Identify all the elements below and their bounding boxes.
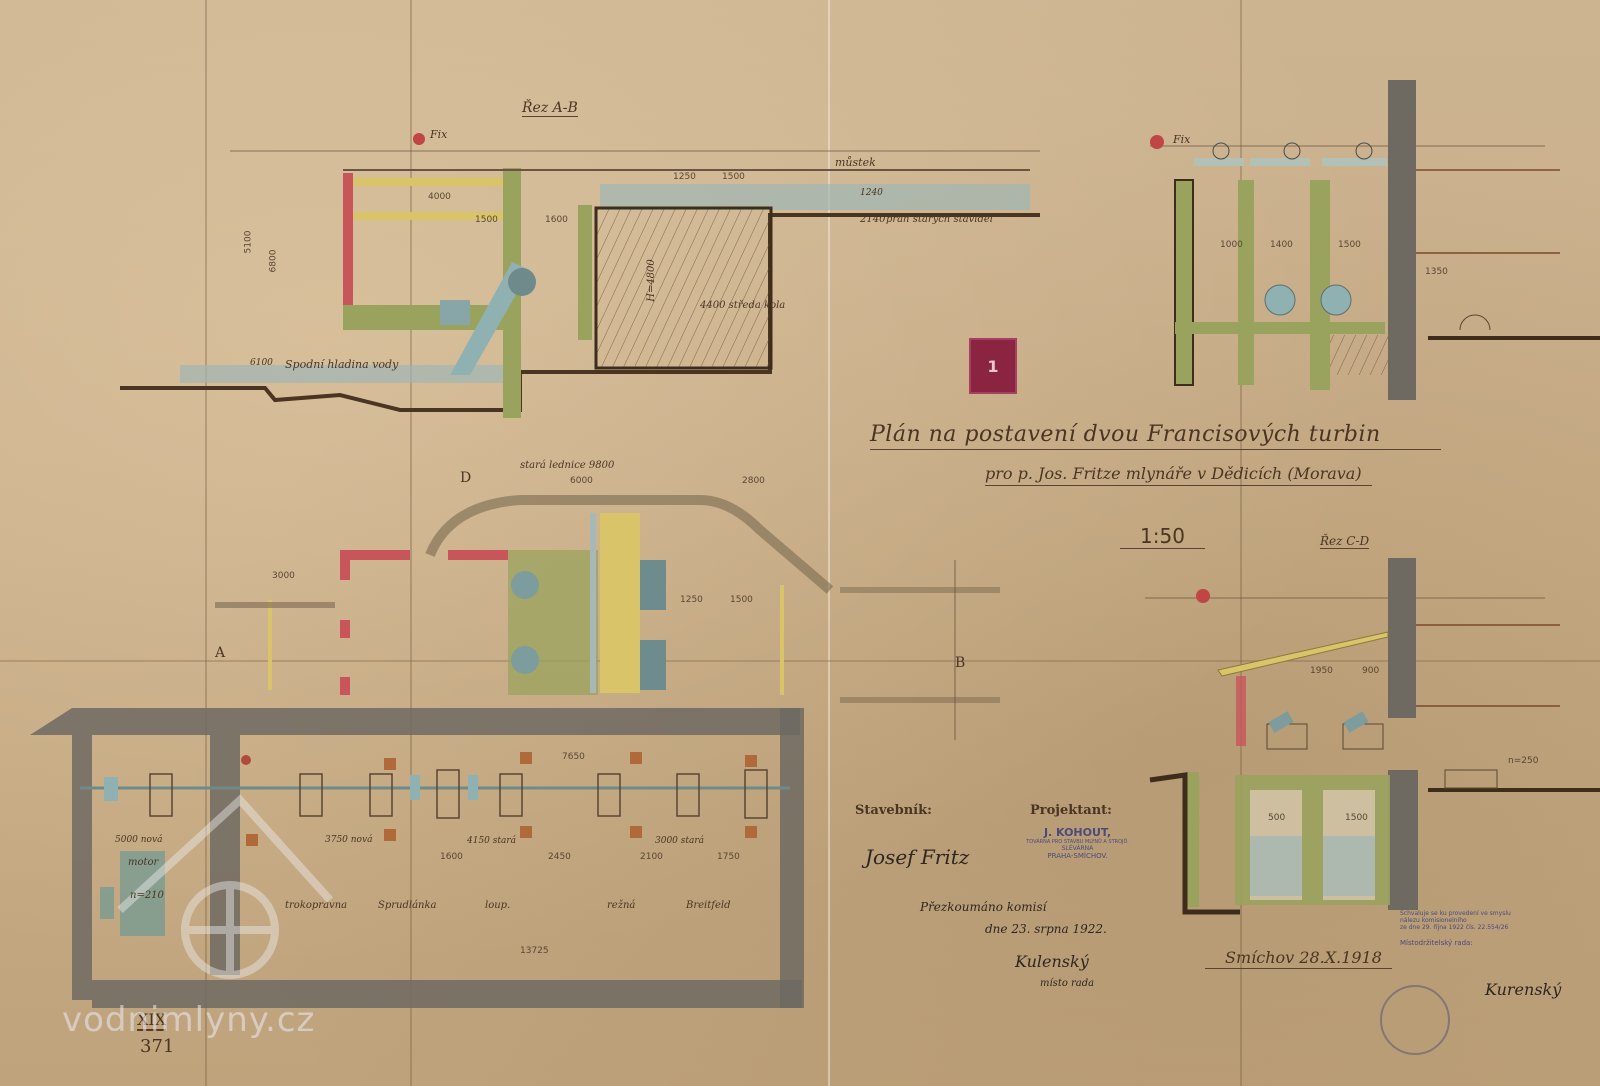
sill-label: práh starých stavidel	[886, 214, 993, 225]
commission-date: dne 23. srpna 1922.	[985, 922, 1107, 936]
shaft-note: 5000 nová	[115, 835, 162, 845]
dimension: 2100	[640, 852, 663, 862]
marker-d: D	[460, 470, 471, 486]
section-cd-label: Řez C-D	[1320, 534, 1369, 549]
gate-fix-label: Fix	[1173, 133, 1190, 146]
lower-water-label: Spodní hladina vody	[285, 358, 398, 371]
revenue-stamp: 1	[969, 338, 1017, 394]
dimension: 2450	[548, 852, 571, 862]
commission-note: Přezkoumáno komisí	[920, 900, 1046, 914]
official-seal	[1380, 985, 1450, 1055]
room-label: Sprudlánka	[378, 900, 437, 911]
dimension: 6000	[570, 476, 593, 486]
commission-role: místo rada	[1040, 978, 1094, 989]
motor-label: motor	[128, 857, 158, 868]
dimension: 1500	[1345, 813, 1368, 823]
bridge-label: můstek	[835, 156, 876, 169]
dimension: 7650	[562, 752, 585, 762]
stamp-company: J. KOHOUT,	[1010, 826, 1145, 839]
approval-signature: Kurenský	[1485, 980, 1561, 999]
approval-line: ze dne 29. října 1922 čís. 22.554/26	[1400, 924, 1575, 931]
level-2140: 2140	[860, 214, 885, 225]
dimension: 500	[1268, 813, 1285, 823]
section-ab-label: Řez A-B	[522, 100, 578, 117]
wheel-center-label: 4400 středa kola	[700, 300, 785, 311]
dimension: 1350	[1425, 267, 1448, 277]
drawing-subtitle: pro p. Jos. Fritze mlynáře v Dědicích (M…	[985, 464, 1372, 486]
room-label: loup.	[485, 900, 510, 911]
watermark-text: vodnimlyny.cz	[62, 1000, 315, 1040]
dimension: 4000	[428, 192, 451, 202]
gate-section-drawing	[1150, 80, 1600, 400]
room-label: trokopravna	[285, 900, 347, 911]
plan-view-drawing	[215, 500, 1000, 740]
dimension: 3000	[272, 571, 295, 581]
approval-line: nálezu komisionelního	[1400, 917, 1575, 924]
section-ab-drawing	[120, 133, 1040, 418]
dimension: 1500	[1338, 240, 1361, 250]
dimension: 1000	[1220, 240, 1243, 250]
dimension: 1250	[680, 595, 703, 605]
level-6100: 6100	[250, 358, 273, 368]
drawing-title: Plán na postavení dvou Francisových turb…	[870, 422, 1441, 450]
dimension: 1950	[1310, 666, 1333, 676]
room-label: Breitfeld	[686, 900, 730, 911]
marker-b: B	[955, 655, 965, 671]
stamp-line: PRAHA-SMÍCHOV.	[1010, 852, 1145, 860]
dimension: 5100	[243, 231, 253, 254]
shaft-note: 3750 nová	[325, 835, 372, 845]
fix-label: Fix	[430, 128, 447, 141]
old-wheel-label: stará lednice 9800	[520, 460, 614, 471]
dimension: 1400	[1270, 240, 1293, 250]
builder-label: Stavebník:	[855, 803, 932, 818]
blueprint-sheet: 1 Řez A-B Fix Spodní hladina vody 6100 m…	[0, 0, 1600, 1086]
dimension: 1500	[722, 172, 745, 182]
total-length-dimension: 13725	[520, 946, 549, 956]
dimension: 2800	[742, 476, 765, 486]
approval-office: Místodržitelský rada:	[1400, 939, 1575, 947]
dimension: 1600	[545, 215, 568, 225]
approval-stamp: Schvaluje se ku provedení ve smyslu nále…	[1400, 910, 1575, 947]
dimension: 900	[1362, 666, 1379, 676]
approval-line: Schvaluje se ku provedení ve smyslu	[1400, 910, 1575, 917]
shaft-note: 3000 stará	[655, 836, 704, 846]
commission-signature: Kulenský	[1015, 952, 1089, 971]
dimension: 1500	[730, 595, 753, 605]
dimension: 1750	[717, 852, 740, 862]
drawing-scale: 1:50	[1120, 524, 1205, 549]
head-label: H=4800	[646, 259, 657, 302]
dimension: 1250	[673, 172, 696, 182]
marker-a: A	[215, 645, 225, 661]
dimension: 6800	[268, 250, 278, 273]
place-date: Smíchov 28.X.1918	[1205, 948, 1392, 969]
designer-stamp: J. KOHOUT, TOVÁRNA PRO STAVBU MLÝNŮ A ST…	[1010, 826, 1145, 860]
motor-speed: n=210	[130, 890, 164, 901]
builder-signature: Josef Fritz	[865, 845, 969, 869]
dimension: 1500	[475, 215, 498, 225]
dimension: 1600	[440, 852, 463, 862]
room-label: režná	[607, 900, 635, 911]
designer-label: Projektant:	[1030, 803, 1112, 818]
dimension: n=250	[1508, 756, 1538, 766]
shaft-note: 4150 stará	[467, 836, 516, 846]
section-cd-drawing	[1145, 558, 1600, 912]
level-1240: 1240	[860, 188, 883, 198]
stamp-line: SLÉVÁRNA	[1010, 845, 1145, 852]
